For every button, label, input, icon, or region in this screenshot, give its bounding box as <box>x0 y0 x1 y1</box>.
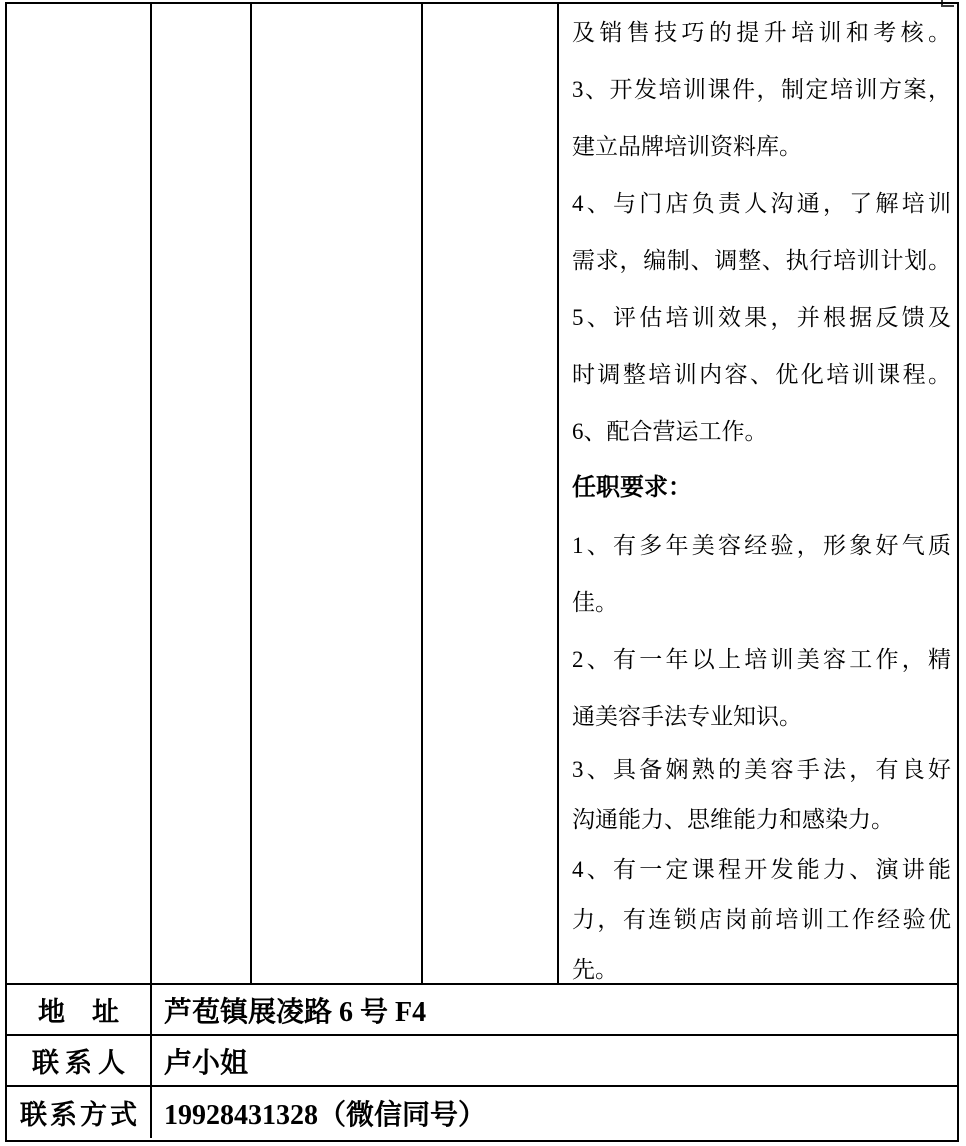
duties-line-3: 建立品牌培训资料库。 <box>572 118 951 175</box>
duties-line-17: 力，有连锁店岗前培训工作经验优 <box>572 895 951 945</box>
table-row-address: 地 址 芦苞镇展凌路 6 号 F4 <box>7 985 957 1036</box>
duties-line-10: 1、有多年美容经验，形象好气质 <box>572 517 951 574</box>
table-main-row: 及销售技巧的提升培训和考核。3、开发培训课件，制定培训方案，建立品牌培训资料库。… <box>7 4 957 985</box>
contact-person-value: 卢小姐 <box>152 1036 957 1085</box>
duties-line-13: 通美容手法专业知识。 <box>572 688 951 745</box>
address-value: 芦苞镇展凌路 6 号 F4 <box>152 985 957 1034</box>
contact-method-value: 19928431328（微信同号） <box>152 1087 957 1138</box>
duties-line-7: 时调整培训内容、优化培训课程。 <box>572 346 951 403</box>
duties-line-16: 4、有一定课程开发能力、演讲能 <box>572 845 951 895</box>
table-row-contact-person: 联系人 卢小姐 <box>7 1036 957 1087</box>
duties-line-5: 需求，编制、调整、执行培训计划。 <box>572 232 951 289</box>
empty-cell-3 <box>252 4 423 983</box>
empty-cell-2 <box>152 4 252 983</box>
duties-line-2: 3、开发培训课件，制定培训方案， <box>572 61 951 118</box>
empty-cell-1 <box>7 4 152 983</box>
duties-line-11: 佳。 <box>572 574 951 631</box>
table-row-contact-method: 联系方式 19928431328（微信同号） <box>7 1087 957 1138</box>
duties-line-6: 5、评估培训效果，并根据反馈及 <box>572 289 951 346</box>
address-label: 地 址 <box>7 985 152 1034</box>
duties-line-12: 2、有一年以上培训美容工作，精 <box>572 631 951 688</box>
duties-line-8: 6、配合营运工作。 <box>572 403 951 460</box>
duties-line-15: 沟通能力、思维能力和感染力。 <box>572 795 951 845</box>
duties-line-18: 先。 <box>572 945 951 983</box>
duties-line-9: 任职要求： <box>572 460 951 517</box>
duties-line-4: 4、与门店负责人沟通，了解培训 <box>572 175 951 232</box>
duties-text-cell: 及销售技巧的提升培训和考核。3、开发培训课件，制定培训方案，建立品牌培训资料库。… <box>559 4 957 983</box>
contact-method-label: 联系方式 <box>7 1087 152 1138</box>
duties-line-1: 及销售技巧的提升培训和考核。 <box>572 4 951 61</box>
job-posting-table: 及销售技巧的提升培训和考核。3、开发培训课件，制定培训方案，建立品牌培训资料库。… <box>5 2 959 1142</box>
contact-person-label: 联系人 <box>7 1036 152 1085</box>
document-page: 及销售技巧的提升培训和考核。3、开发培训课件，制定培训方案，建立品牌培训资料库。… <box>0 0 966 1146</box>
duties-line-14: 3、具备娴熟的美容手法，有良好 <box>572 745 951 795</box>
empty-cell-4 <box>423 4 559 983</box>
